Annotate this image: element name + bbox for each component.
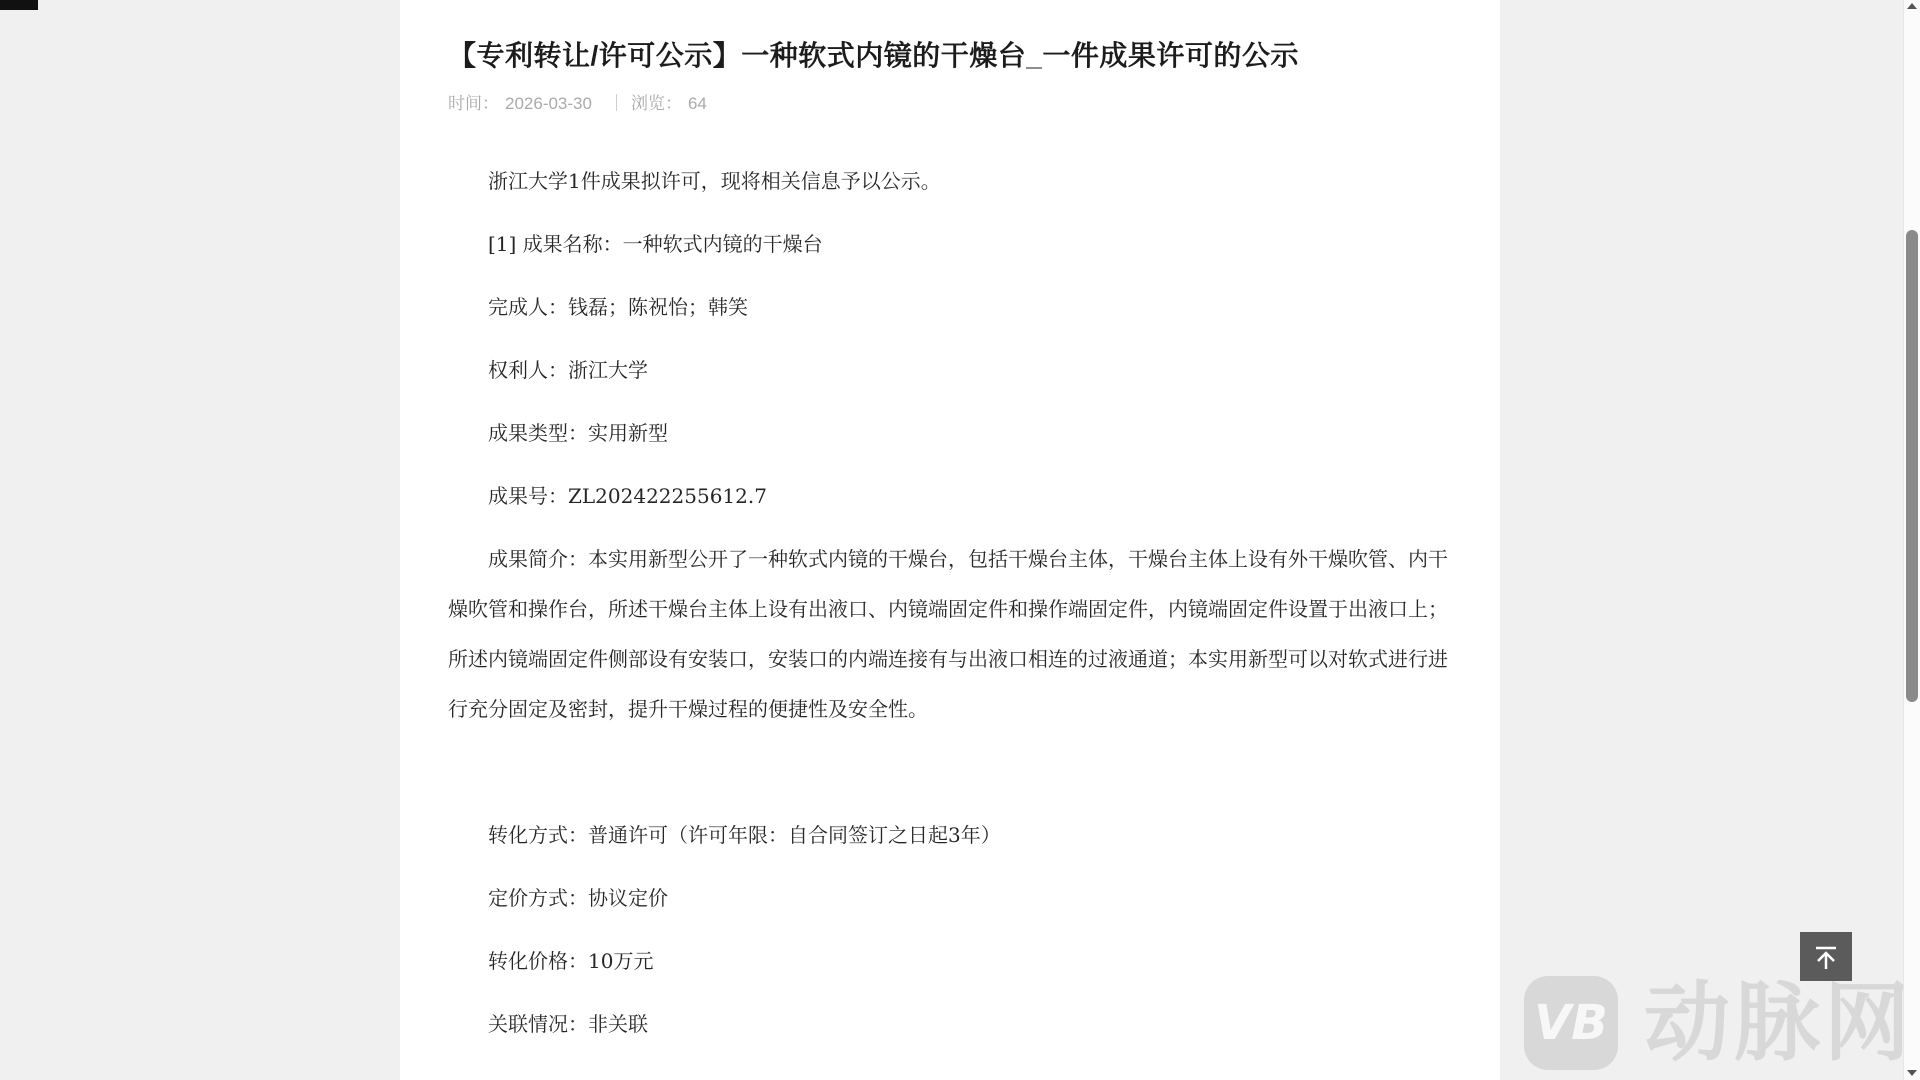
- article-body: 浙江大学1件成果拟许可，现将相关信息予以公示。 [1] 成果名称：一种软式内镜的…: [448, 156, 1452, 1049]
- article-paragraph: 权利人：浙江大学: [448, 345, 1452, 395]
- article-paragraph: 浙江大学1件成果拟许可，现将相关信息予以公示。: [448, 156, 1452, 206]
- article-card: 【专利转让/许可公示】一种软式内镜的干燥台_一件成果许可的公示 时间：2026-…: [400, 0, 1500, 1080]
- article-paragraph: 关联情况：非关联: [448, 999, 1452, 1049]
- vertical-scrollbar[interactable]: [1903, 0, 1920, 1080]
- meta-views-value: 64: [688, 94, 707, 113]
- article-paragraph: 成果简介：本实用新型公开了一种软式内镜的干燥台，包括干燥台主体，干燥台主体上设有…: [448, 534, 1452, 734]
- scrollbar-up-arrow-icon[interactable]: [1907, 3, 1917, 9]
- article-paragraph: 转化价格：10万元: [448, 936, 1452, 986]
- arrow-up-to-line-icon: [1811, 942, 1841, 972]
- paragraph-spacer: [448, 747, 1452, 797]
- article-paragraph: 转化方式：普通许可（许可年限：自合同签订之日起3年）: [448, 810, 1452, 860]
- watermark-brand-text: 动脉网: [1644, 976, 1914, 1070]
- article-paragraph: 成果类型：实用新型: [448, 408, 1452, 458]
- article-paragraph: 成果号：ZL202422255612.7: [448, 471, 1452, 521]
- meta-views-label: 浏览：: [631, 94, 682, 113]
- scrollbar-thumb[interactable]: [1906, 230, 1918, 702]
- meta-separator: ｜: [608, 94, 625, 113]
- vb-logo: VB: [1524, 976, 1618, 1070]
- article-paragraph: [1] 成果名称：一种软式内镜的干燥台: [448, 219, 1452, 269]
- back-to-top-button[interactable]: [1800, 932, 1852, 981]
- page-title: 【专利转让/许可公示】一种软式内镜的干燥台_一件成果许可的公示: [448, 36, 1452, 76]
- article-meta: 时间：2026-03-30｜浏览：64: [448, 92, 1452, 116]
- scrollbar-down-arrow-icon[interactable]: [1907, 1070, 1917, 1076]
- meta-time-label: 时间：: [448, 94, 499, 113]
- site-watermark: VB 动脉网: [1524, 976, 1914, 1070]
- article-paragraph: 定价方式：协议定价: [448, 873, 1452, 923]
- article-paragraph: 完成人：钱磊；陈祝怡；韩笑: [448, 282, 1452, 332]
- top-left-dark-strip: [0, 0, 38, 10]
- meta-time-value: 2026-03-30: [505, 94, 592, 113]
